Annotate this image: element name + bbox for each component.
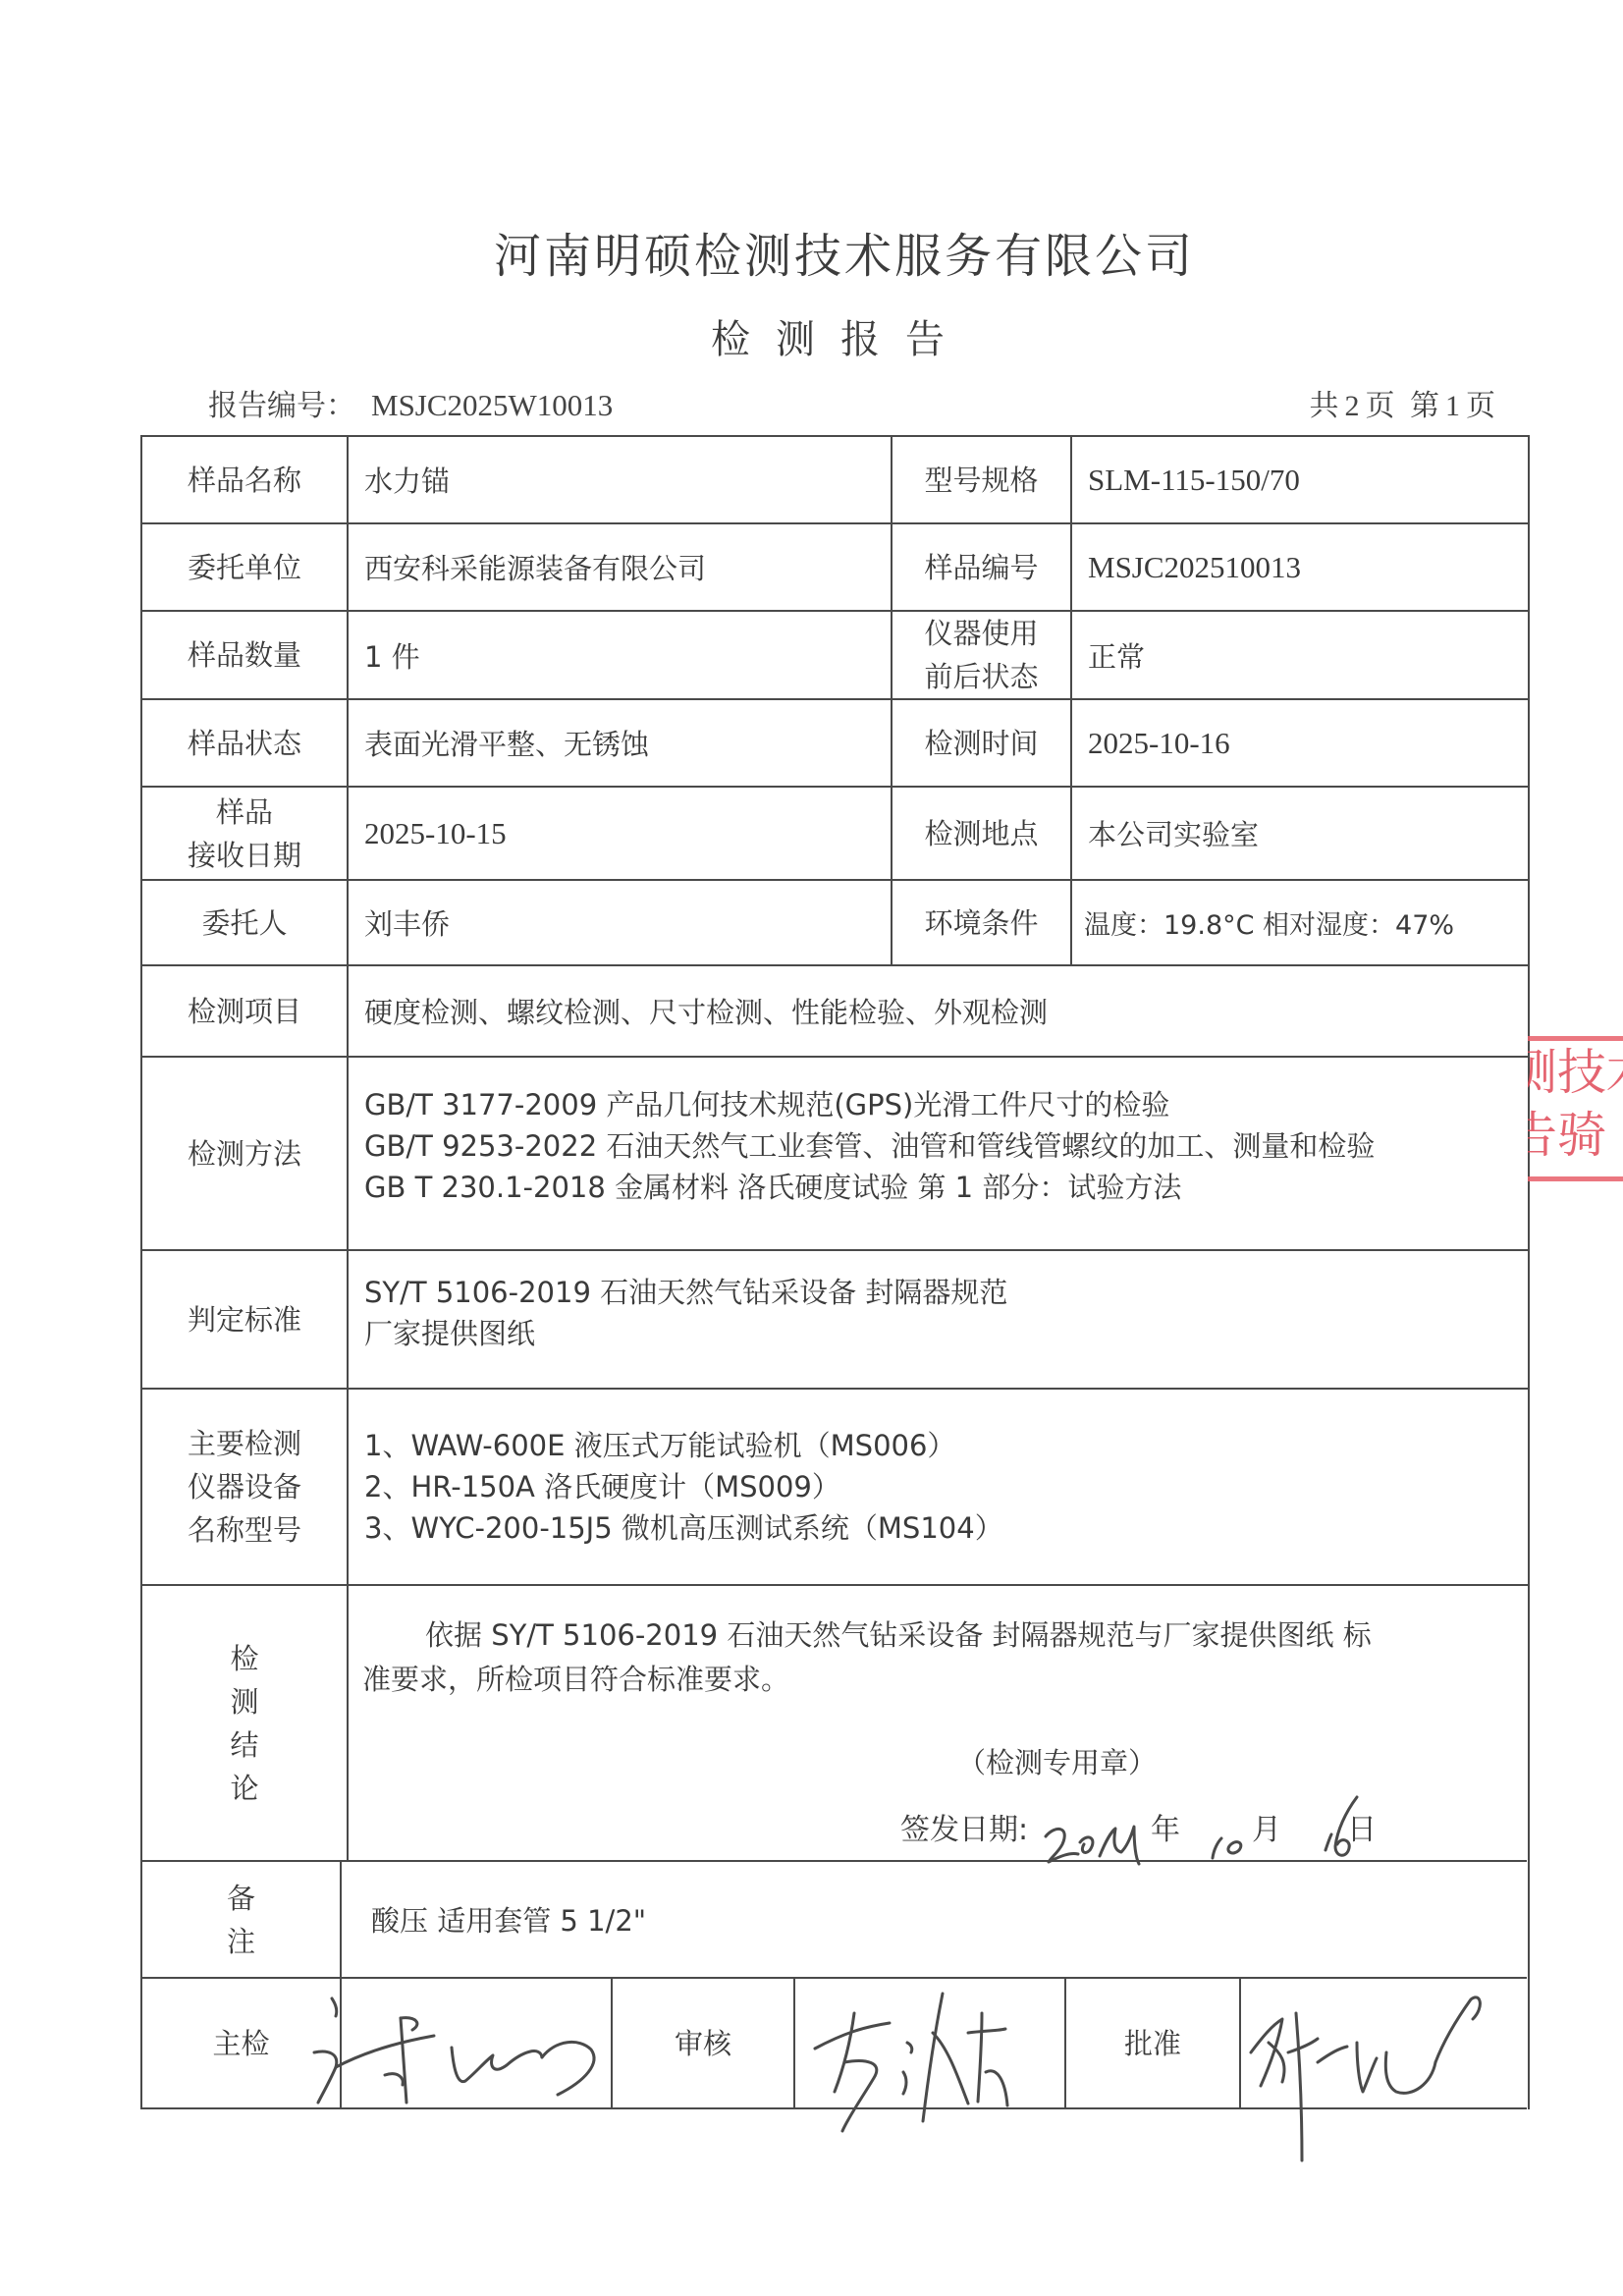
value-criteria: SY/T 5106-2019 石油天然气钻采设备 封隔器规范 厂家提供图纸 xyxy=(349,1251,1527,1374)
label-model-spec: 型号规格 xyxy=(893,437,1070,522)
signature-reviewer xyxy=(805,1984,1070,2151)
label-sample-number: 样品编号 xyxy=(893,524,1070,610)
seal-note: （检测专用章） xyxy=(957,1741,1157,1781)
value-sample-quantity: 1 件 xyxy=(349,612,891,698)
equipment-line: 3、WYC-200-15J5 微机高压测试系统（MS104） xyxy=(364,1507,1003,1549)
test-method-line: GB/T 9253-2022 石油天然气工业套管、油管和管线管螺纹的加工、测量和… xyxy=(364,1125,1375,1167)
label-receive-date-line1: 样品 xyxy=(216,791,273,834)
value-sample-condition: 表面光滑平整、无锈蚀 xyxy=(349,700,891,786)
label-conclusion: 检 测 结 论 xyxy=(142,1586,347,1860)
label-equipment: 主要检测 仪器设备 名称型号 xyxy=(142,1390,347,1584)
label-equipment-line: 主要检测 xyxy=(188,1422,301,1465)
label-conclusion-char: 测 xyxy=(230,1680,258,1723)
value-instrument-status: 正常 xyxy=(1072,612,1528,698)
label-instrument-status-line1: 仪器使用 xyxy=(924,612,1038,655)
red-seal-stamp: 测技术 告骑 xyxy=(1528,1036,1623,1181)
stamp-text-line2: 告骑 xyxy=(1528,1104,1623,1167)
value-equipment: 1、WAW-600E 液压式万能试验机（MS006） 2、HR-150A 洛氏硬… xyxy=(349,1390,1527,1584)
equipment-line: 2、HR-150A 洛氏硬度计（MS009） xyxy=(364,1466,840,1507)
label-conclusion-char: 论 xyxy=(230,1767,258,1810)
value-sample-number: MSJC202510013 xyxy=(1072,524,1528,610)
label-equipment-line: 名称型号 xyxy=(188,1508,301,1552)
value-client: 西安科采能源装备有限公司 xyxy=(349,524,891,610)
label-client-person: 委托人 xyxy=(142,881,347,964)
table-divider xyxy=(140,1584,1530,1586)
equipment-line: 1、WAW-600E 液压式万能试验机（MS006） xyxy=(364,1425,955,1466)
value-test-methods: GB/T 3177-2009 产品几何技术规范(GPS)光滑工件尺寸的检验 GB… xyxy=(349,1058,1527,1234)
label-test-methods: 检测方法 xyxy=(142,1058,347,1249)
criteria-line: 厂家提供图纸 xyxy=(364,1313,535,1354)
value-test-items: 硬度检测、螺纹检测、尺寸检测、性能检验、外观检测 xyxy=(349,966,1527,1056)
label-instrument-status: 仪器使用 前后状态 xyxy=(893,612,1070,698)
label-receive-date: 样品 接收日期 xyxy=(142,788,347,879)
label-receive-date-line2: 接收日期 xyxy=(188,834,301,877)
label-sample-quantity: 样品数量 xyxy=(142,612,347,698)
signature-inspector xyxy=(314,1979,658,2116)
value-test-location: 本公司实验室 xyxy=(1072,788,1528,879)
label-instrument-status-line2: 前后状态 xyxy=(924,655,1038,698)
label-inspector: 主检 xyxy=(142,1979,340,2107)
issue-date-label: 签发日期: xyxy=(900,1805,1028,1848)
label-criteria: 判定标准 xyxy=(142,1251,347,1388)
label-test-location: 检测地点 xyxy=(893,788,1070,879)
label-approver: 批准 xyxy=(1066,1979,1239,2107)
value-environment: 温度：19.8°C 相对湿度：47% xyxy=(1072,881,1528,964)
value-test-date: 2025-10-16 xyxy=(1072,700,1528,786)
label-conclusion-char: 检 xyxy=(230,1637,258,1680)
value-remarks: 酸压 适用套管 5 1/2" xyxy=(355,1862,1524,1977)
conclusion-text-line1: 依据 SY/T 5106-2019 石油天然气钻采设备 封隔器规范与厂家提供图纸… xyxy=(425,1613,1372,1654)
table-border xyxy=(1528,435,1530,2109)
label-equipment-line: 仪器设备 xyxy=(188,1465,301,1508)
test-method-line: GB/T 3177-2009 产品几何技术规范(GPS)光滑工件尺寸的检验 xyxy=(364,1084,1169,1125)
label-conclusion-char: 结 xyxy=(230,1723,258,1767)
label-remarks: 备 注 xyxy=(142,1862,340,1977)
test-method-line: GB T 230.1-2018 金属材料 洛氏硬度试验 第 1 部分：试验方法 xyxy=(364,1167,1181,1208)
label-environment: 环境条件 xyxy=(893,881,1070,964)
signature-approver xyxy=(1239,1984,1494,2170)
stamp-text-line1: 测技术 xyxy=(1528,1041,1623,1104)
conclusion-text-line2: 准要求，所检项目符合标准要求。 xyxy=(362,1658,789,1698)
table-divider xyxy=(793,1977,795,2108)
value-sample-name: 水力锚 xyxy=(349,437,891,522)
label-sample-name: 样品名称 xyxy=(142,437,347,522)
label-test-date: 检测时间 xyxy=(893,700,1070,786)
label-reviewer: 审核 xyxy=(613,1979,793,2107)
label-remarks-char: 注 xyxy=(227,1920,255,1963)
value-receive-date: 2025-10-15 xyxy=(349,788,891,879)
label-test-items: 检测项目 xyxy=(142,966,347,1056)
criteria-line: SY/T 5106-2019 石油天然气钻采设备 封隔器规范 xyxy=(364,1272,1007,1313)
label-sample-condition: 样品状态 xyxy=(142,700,347,786)
label-client: 委托单位 xyxy=(142,524,347,610)
value-model-spec: SLM-115-150/70 xyxy=(1072,437,1528,522)
value-client-person: 刘丰侨 xyxy=(349,881,891,964)
label-remarks-char: 备 xyxy=(227,1877,255,1920)
